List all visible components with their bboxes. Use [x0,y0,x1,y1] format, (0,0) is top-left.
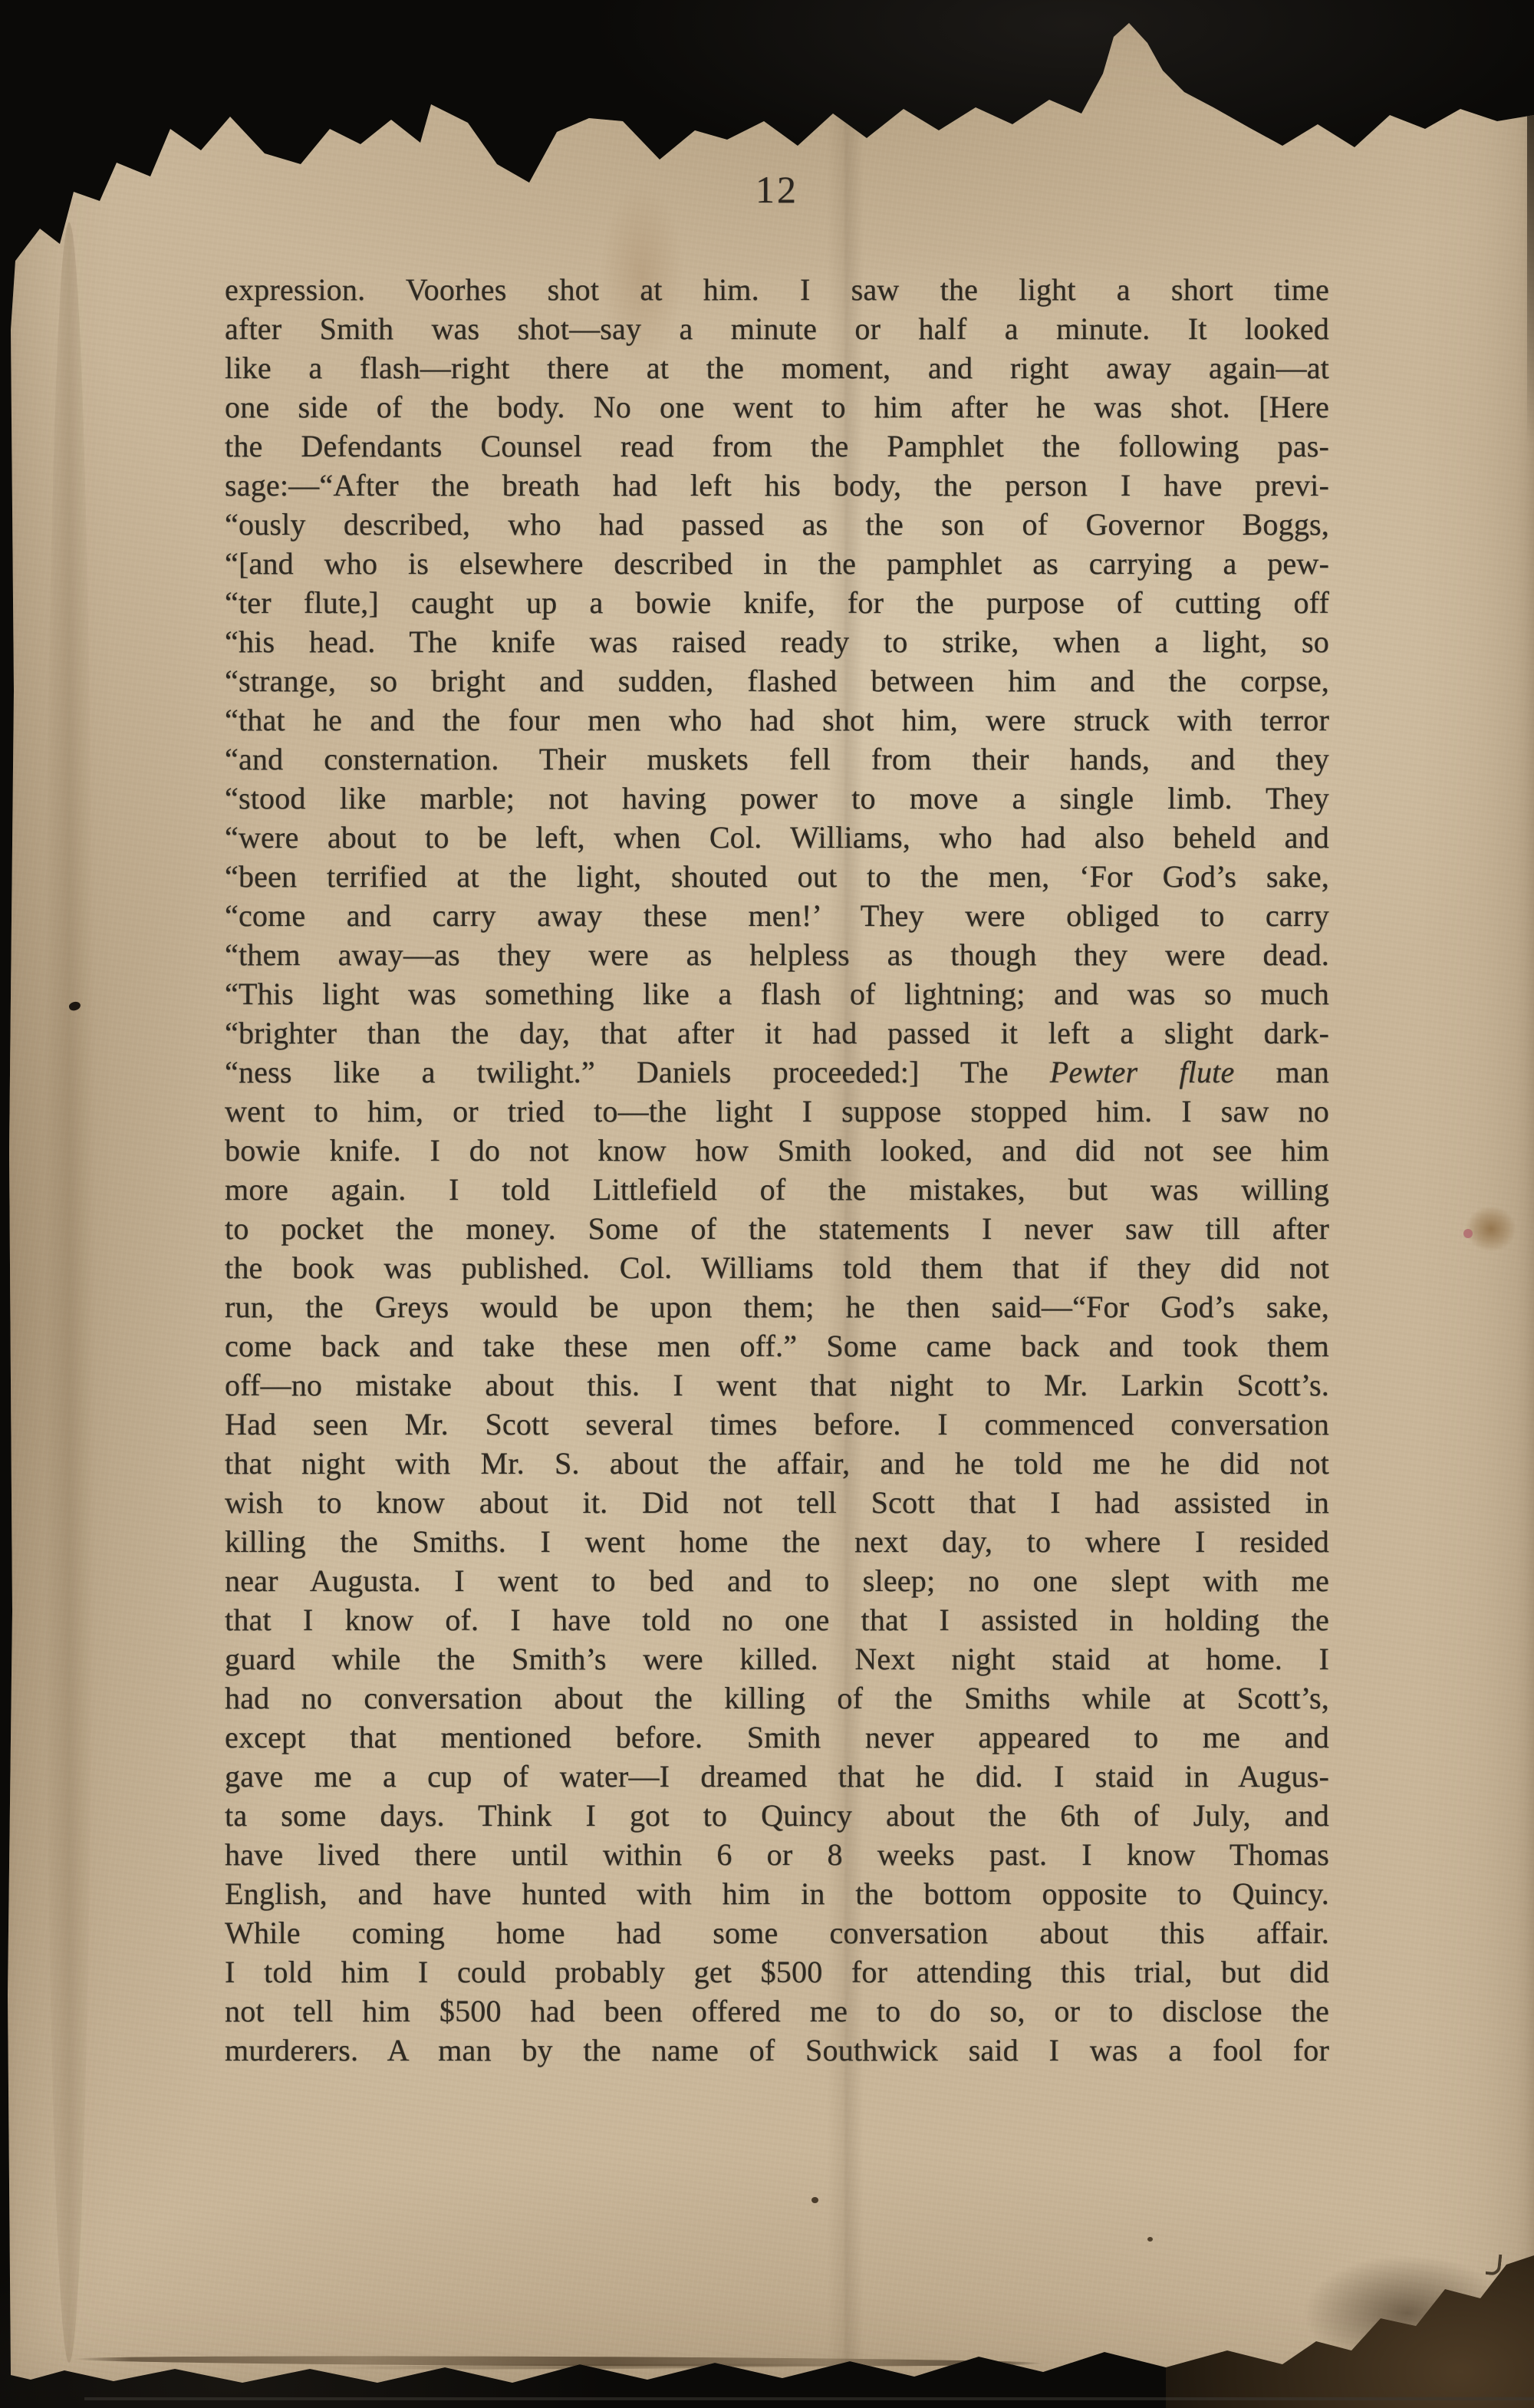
text-line: except that mentioned before. Smith neve… [225,1718,1329,1757]
text-line: the Defendants Counsel read from the Pam… [225,427,1329,466]
text-line: like a flash—right there at the moment, … [225,348,1329,387]
text-line: “ness like a twilight.” Daniels proceede… [225,1052,1329,1092]
text-line: “his head. The knife was raised ready to… [225,622,1329,661]
text-line: have lived there until within 6 or 8 wee… [225,1835,1329,1874]
text-line: bowie knife. I do not know how Smith loo… [225,1131,1329,1170]
text-line: Had seen Mr. Scott several times before.… [225,1405,1329,1444]
stray-pen-mark [1486,2253,1503,2276]
text-line: “come and carry away these men!’ They we… [225,896,1329,935]
text-line: While coming home had some conversation … [225,1913,1329,1952]
text-line: ta some days. Think I got to Quincy abou… [225,1796,1329,1835]
text-line: the book was published. Col. Williams to… [225,1248,1329,1287]
text-line: after Smith was shot—say a minute or hal… [225,309,1329,348]
italic-text-segment: Pewter flute [1050,1055,1235,1089]
text-line: “been terrified at the light, shouted ou… [225,857,1329,896]
page-text: expression. Voorhes shot at him. I saw t… [225,270,1329,2070]
text-line: gave me a cup of water—I dreamed that he… [225,1757,1329,1796]
text-line: “brighter than the day, that after it ha… [225,1013,1329,1052]
left-margin-crease [44,222,94,2363]
text-line: I told him I could probably get $500 for… [225,1952,1329,1991]
text-line: “strange, so bright and sudden, flashed … [225,661,1329,700]
text-line: off—no mistake about this. I went that n… [225,1365,1329,1405]
text-line: guard while the Smith’s were killed. Nex… [225,1639,1329,1678]
text-line: expression. Voorhes shot at him. I saw t… [225,270,1329,309]
text-line: had no conversation about the killing of… [225,1678,1329,1718]
text-line: “stood like marble; not having power to … [225,779,1329,818]
text-line: come back and take these men off.” Some … [225,1326,1329,1365]
text-line: murderers. A man by the name of Southwic… [225,2031,1329,2070]
text-line: killing the Smiths. I went home the next… [225,1522,1329,1561]
pink-speck [1463,1229,1473,1238]
text-line: to pocket the money. Some of the stateme… [225,1209,1329,1248]
text-line: not tell him $500 had been offered me to… [225,1991,1329,2031]
text-segment: “ness like a twilight.” Daniels proceede… [225,1055,1050,1089]
paper-sheet: 12 expression. Voorhes shot at him. I sa… [0,0,1534,2408]
text-line: “and consternation. Their muskets fell f… [225,740,1329,779]
scanner-edge-line [84,2397,1534,2400]
text-line: more again. I told Littlefield of the mi… [225,1170,1329,1209]
text-line: “that he and the four men who had shot h… [225,700,1329,740]
text-line: wish to know about it. Did not tell Scot… [225,1483,1329,1522]
text-line: “This light was something like a flash o… [225,974,1329,1013]
right-edge-shadow [1527,115,1534,445]
text-segment: man [1234,1055,1329,1089]
text-line: “[and who is elsewhere described in the … [225,544,1329,583]
brown-stain [1466,1206,1516,1252]
text-line: “ter flute,] caught up a bowie knife, fo… [225,583,1329,622]
text-line: sage:—“After the breath had left his bod… [225,466,1329,505]
text-line: “them away—as they were as helpless as t… [225,935,1329,974]
page-number: 12 [225,167,1329,212]
text-line: went to him, or tried to—the light I sup… [225,1092,1329,1131]
text-line: one side of the body. No one went to him… [225,387,1329,427]
scanned-page: 12 expression. Voorhes shot at him. I sa… [0,0,1534,2408]
text-line: “were about to be left, when Col. Willia… [225,818,1329,857]
text-line: that I know of. I have told no one that … [225,1600,1329,1639]
text-line: English, and have hunted with him in the… [225,1874,1329,1913]
ink-fleck [1147,2237,1153,2242]
text-line: “ously described, who had passed as the … [225,505,1329,544]
text-line: near Augusta. I went to bed and to sleep… [225,1561,1329,1600]
text-line: run, the Greys would be upon them; he th… [225,1287,1329,1326]
text-line: that night with Mr. S. about the affair,… [225,1444,1329,1483]
ink-fleck [811,2197,818,2203]
